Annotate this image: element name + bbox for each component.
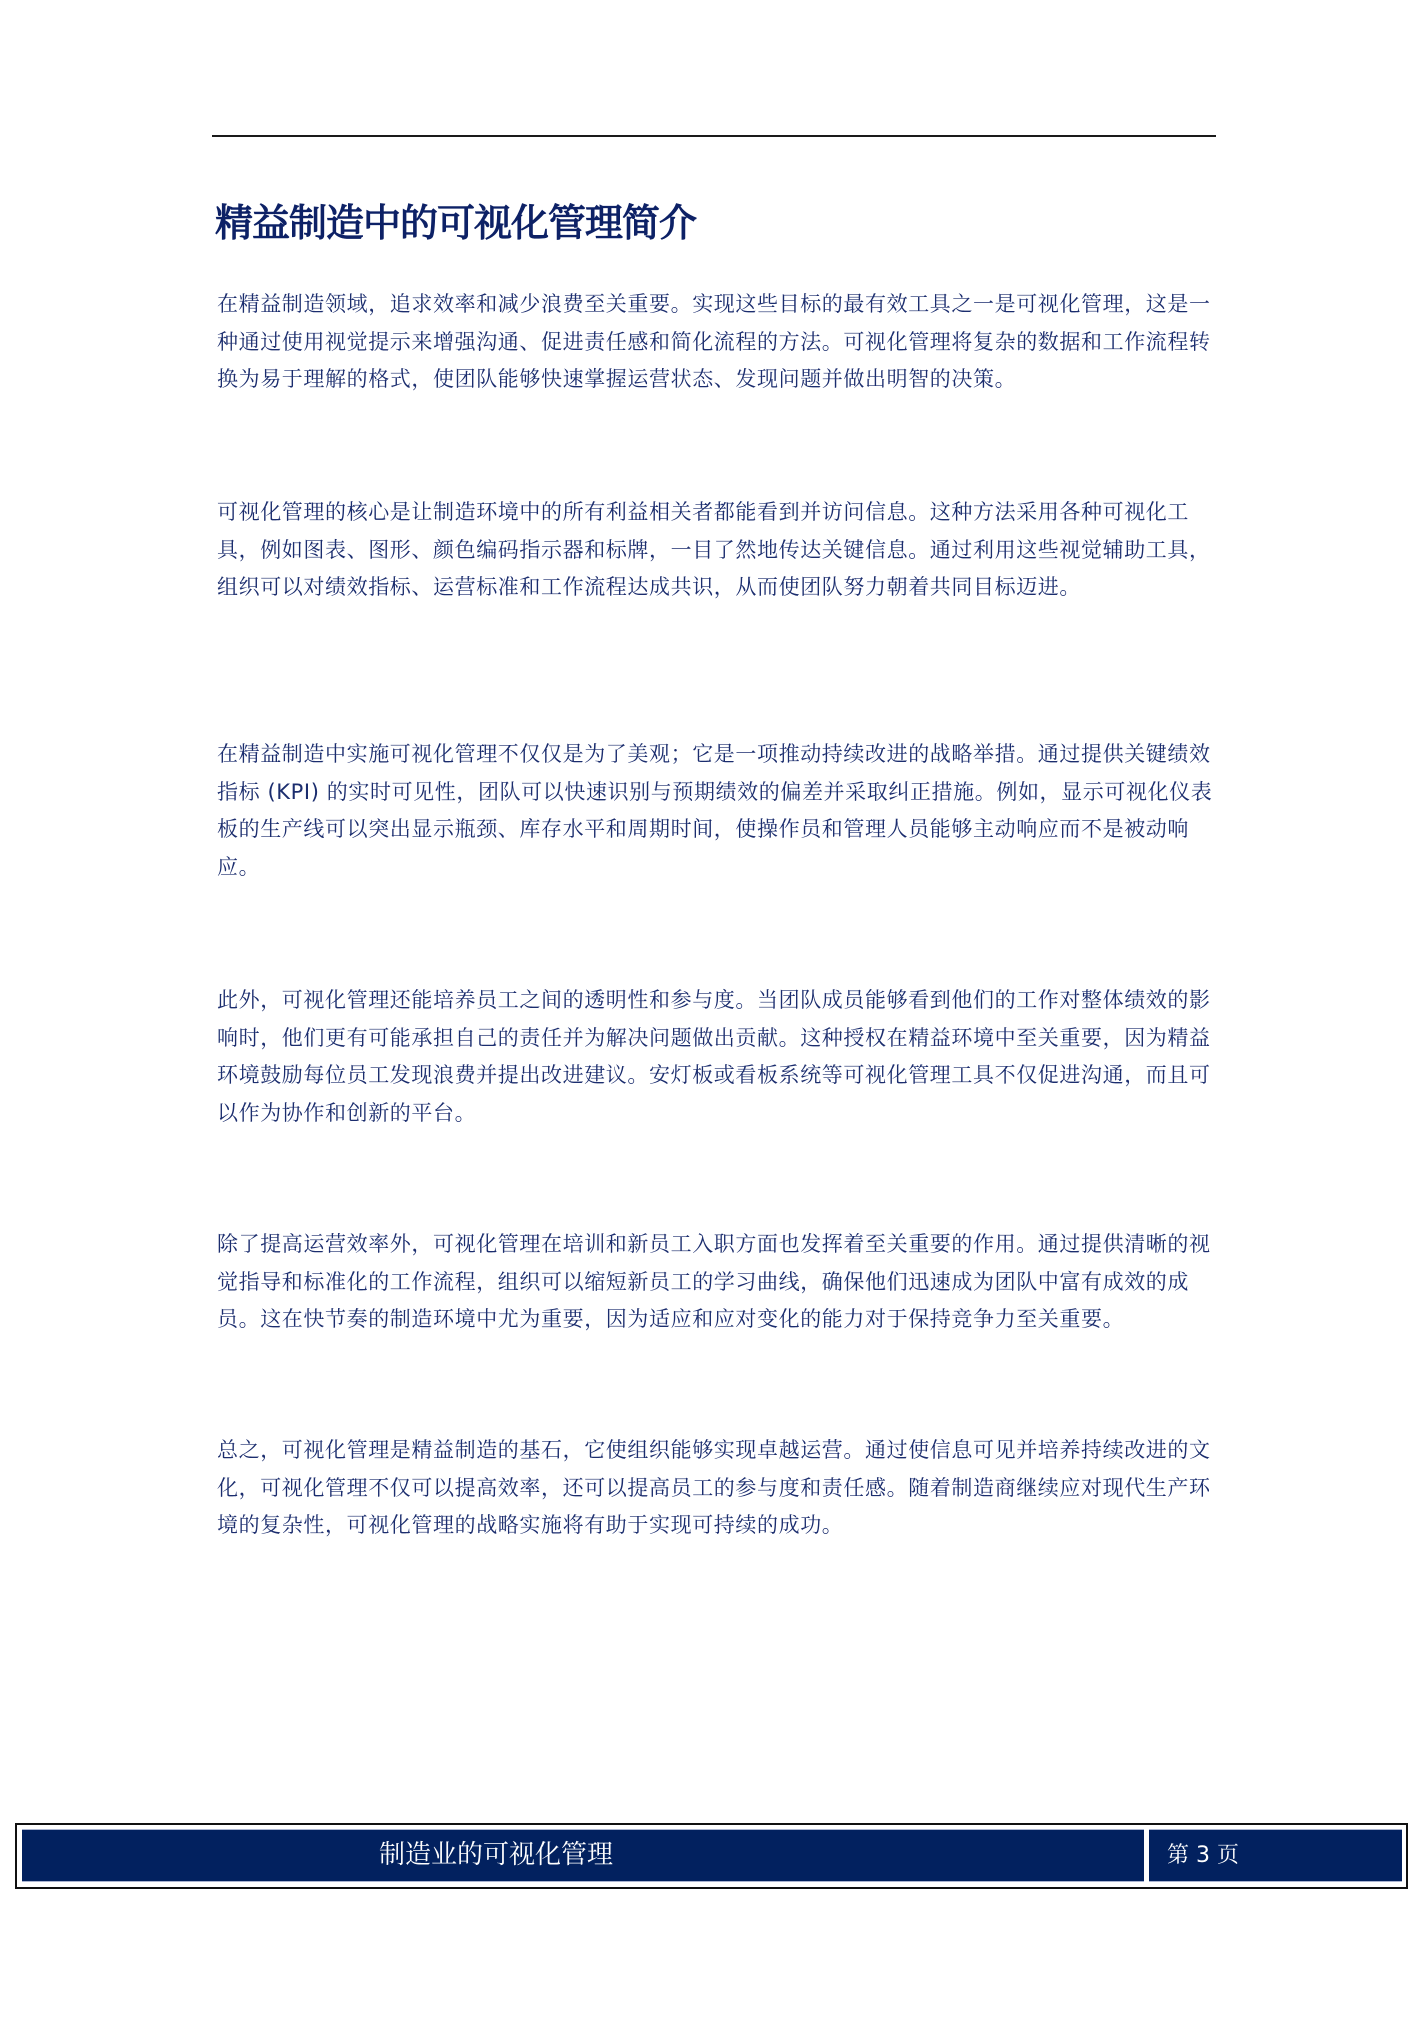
paragraph-4: 此外，可视化管理还能培养员工之间的透明性和参与度。当团队成员能够看到他们的工作对…: [217, 982, 1217, 1132]
header-rule: [212, 135, 1216, 137]
footer-title-cell: 制造业的可视化管理: [22, 1829, 1144, 1882]
paragraph-1: 在精益制造领域，追求效率和减少浪费至关重要。实现这些目标的最有效工具之一是可视化…: [217, 286, 1217, 399]
page-title: 精益制造中的可视化管理简介: [215, 196, 696, 250]
paragraph-5: 除了提高运营效率外，可视化管理在培训和新员工入职方面也发挥着至关重要的作用。通过…: [217, 1226, 1217, 1339]
paragraph-2: 可视化管理的核心是让制造环境中的所有利益相关者都能看到并访问信息。这种方法采用各…: [217, 494, 1217, 607]
page-footer: 制造业的可视化管理 第 3 页: [15, 1823, 1408, 1889]
page-number: 第 3 页: [1167, 1830, 1239, 1881]
paragraph-6: 总之，可视化管理是精益制造的基石，它使组织能够实现卓越运营。通过使信息可见并培养…: [217, 1432, 1217, 1545]
paragraph-3: 在精益制造中实施可视化管理不仅仅是为了美观；它是一项推动持续改进的战略举措。通过…: [217, 736, 1217, 886]
footer-title: 制造业的可视化管理: [379, 1830, 613, 1881]
footer-page-cell: 第 3 页: [1149, 1829, 1402, 1882]
